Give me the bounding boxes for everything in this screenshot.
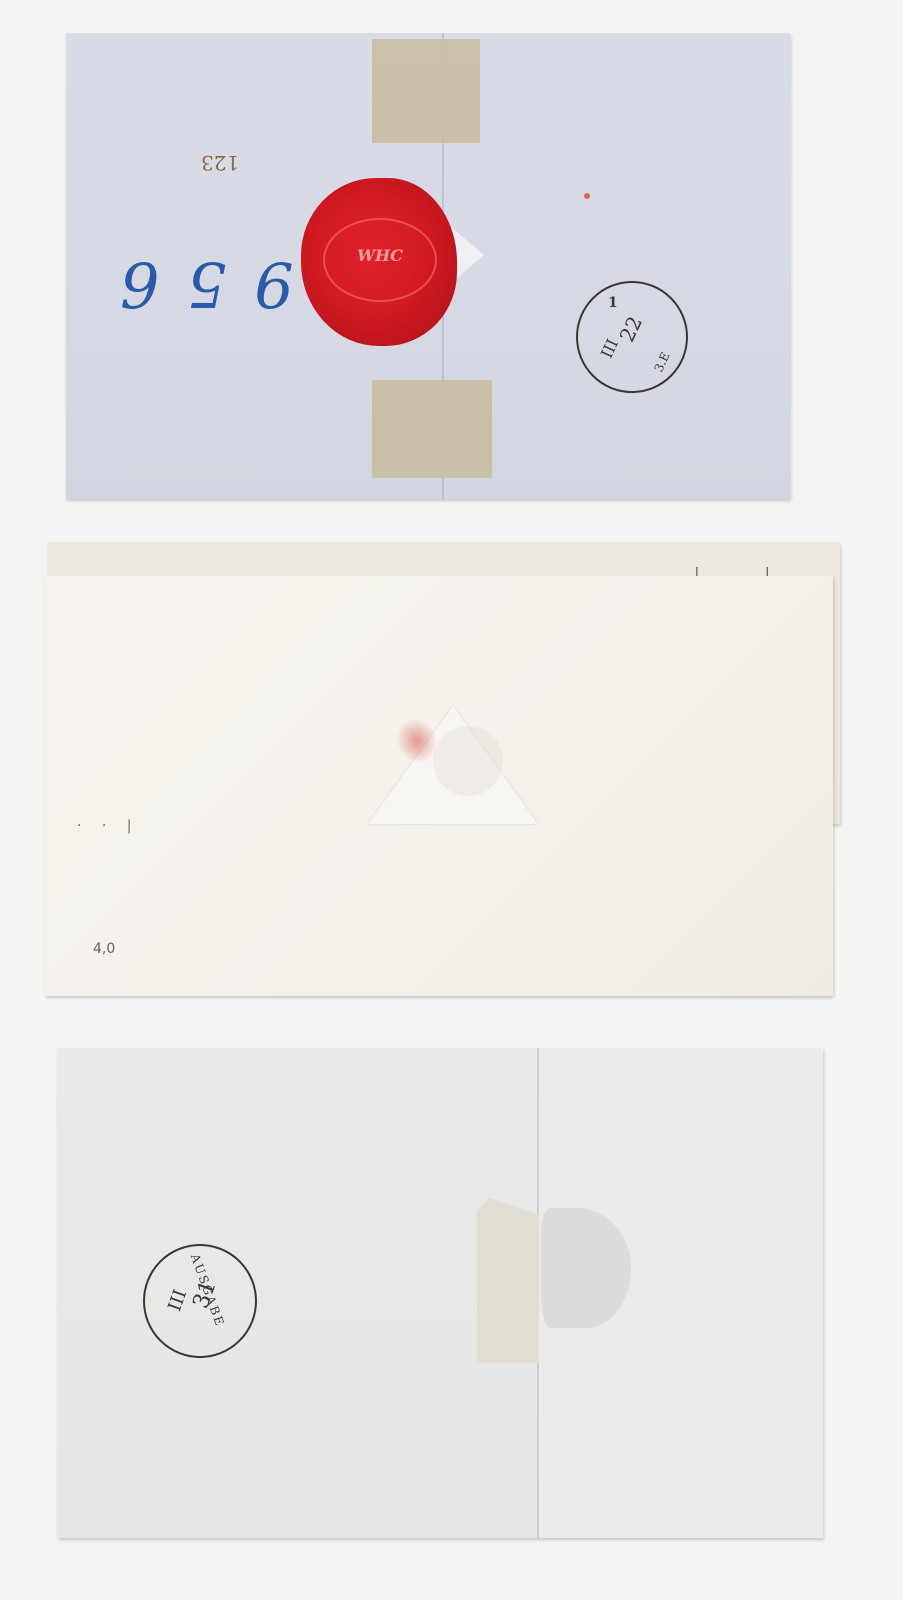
seal-oval: WHC	[323, 218, 437, 302]
pencil-number: 123	[201, 151, 239, 175]
red-mark	[584, 193, 590, 199]
paper-tape-top	[372, 39, 480, 143]
seal-monogram: WHC	[325, 246, 435, 265]
postmark-month: III	[164, 1287, 191, 1314]
postmark-top: 1 22 III 3.E	[576, 281, 688, 393]
postmark-month: III	[597, 336, 622, 361]
pencil-price: 4,0	[93, 941, 115, 957]
envelope-middle: · · | 4,0	[45, 576, 833, 996]
blue-ink-notation: 9 5 6	[116, 248, 294, 321]
postmark-edge-text: 3.E	[651, 350, 672, 374]
edge-marks: · · |	[77, 818, 140, 834]
faint-seal-impression	[433, 726, 503, 796]
envelope-bottom: AUSGABE 31 III	[57, 1048, 823, 1538]
paper-tape-bottom	[372, 380, 492, 478]
torn-seal-flap	[477, 1198, 539, 1363]
envelope-top: WHC 123 9 5 6 1 22 III 3.E	[66, 33, 790, 499]
postmark-top-text: 1	[608, 295, 618, 311]
wax-seal: WHC	[301, 178, 457, 346]
postmark-day: 22	[614, 312, 647, 345]
postmark-bottom: AUSGABE 31 III	[143, 1244, 257, 1358]
